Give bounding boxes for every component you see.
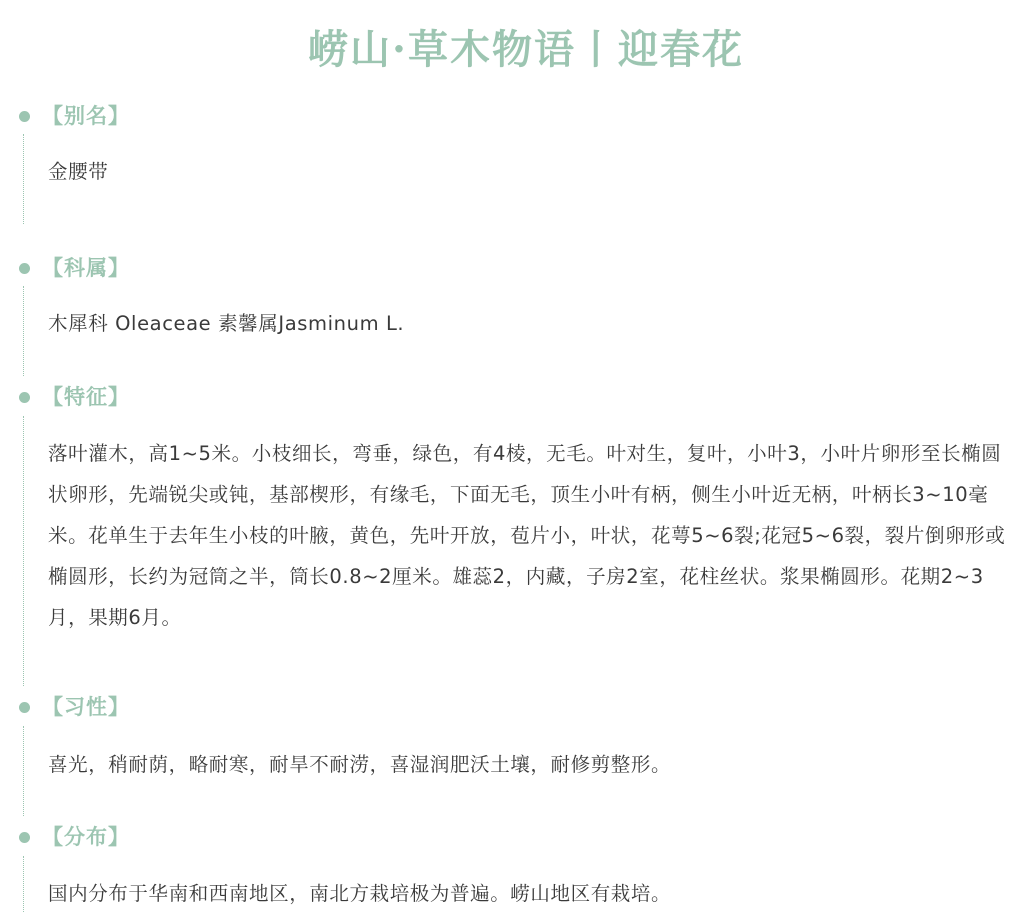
bullet-dot-icon bbox=[19, 263, 30, 274]
section-heading: 【特征】 bbox=[42, 382, 130, 412]
bullet-dot-icon bbox=[19, 702, 30, 713]
page-title: 崂山·草木物语丨迎春花 bbox=[0, 22, 1036, 78]
timeline-divider bbox=[23, 286, 24, 376]
timeline-divider bbox=[23, 856, 24, 912]
section-heading: 【分布】 bbox=[42, 822, 130, 852]
section-body: 喜光，稍耐荫，略耐寒，耐旱不耐涝，喜湿润肥沃土壤，耐修剪整形。 bbox=[48, 744, 1013, 785]
timeline-divider bbox=[23, 726, 24, 816]
section-body: 木犀科 Oleaceae 素馨属Jasminum L. bbox=[48, 303, 1013, 344]
section-body: 落叶灌木，高1~5米。小枝细长，弯垂，绿色，有4棱，无毛。叶对生，复叶，小叶3，… bbox=[48, 433, 1013, 638]
section-heading: 【别名】 bbox=[42, 101, 130, 131]
bullet-dot-icon bbox=[19, 832, 30, 843]
bullet-dot-icon bbox=[19, 392, 30, 403]
section-body: 国内分布于华南和西南地区，南北方栽培极为普遍。崂山地区有栽培。 bbox=[48, 873, 1013, 912]
section-heading: 【科属】 bbox=[42, 253, 130, 283]
section-heading: 【习性】 bbox=[42, 692, 130, 722]
timeline-divider bbox=[23, 416, 24, 686]
section-body: 金腰带 bbox=[48, 151, 1013, 192]
bullet-dot-icon bbox=[19, 111, 30, 122]
timeline-divider bbox=[23, 134, 24, 224]
